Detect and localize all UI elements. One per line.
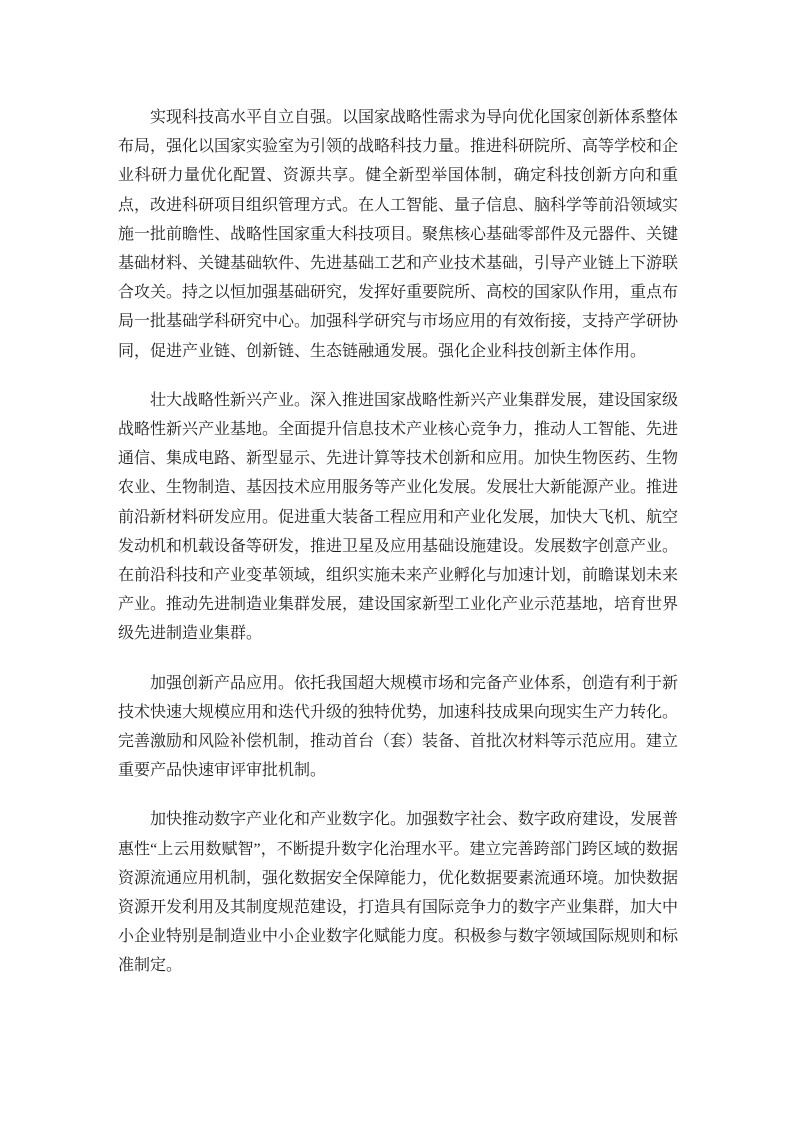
- document-body: 实现科技高水平自立自强。以国家战略性需求为导向优化国家创新体系整体布局，强化以国…: [118, 103, 678, 1001]
- paragraph-strategic-emerging-industries: 壮大战略性新兴产业。深入推进国家战略性新兴产业集群发展，建设国家级战略性新兴产业…: [118, 386, 678, 649]
- paragraph-digital-industrialization: 加快推动数字产业化和产业数字化。加强数字社会、数字政府建设，发展普惠性“上云用数…: [118, 805, 678, 980]
- paragraph-science-self-reliance: 实现科技高水平自立自强。以国家战略性需求为导向优化国家创新体系整体布局，强化以国…: [118, 103, 678, 366]
- document-page: 实现科技高水平自立自强。以国家战略性需求为导向优化国家创新体系整体布局，强化以国…: [0, 0, 793, 1122]
- paragraph-innovative-product-application: 加强创新产品应用。依托我国超大规模市场和完备产业体系，创造有利于新技术快速大规模…: [118, 669, 678, 786]
